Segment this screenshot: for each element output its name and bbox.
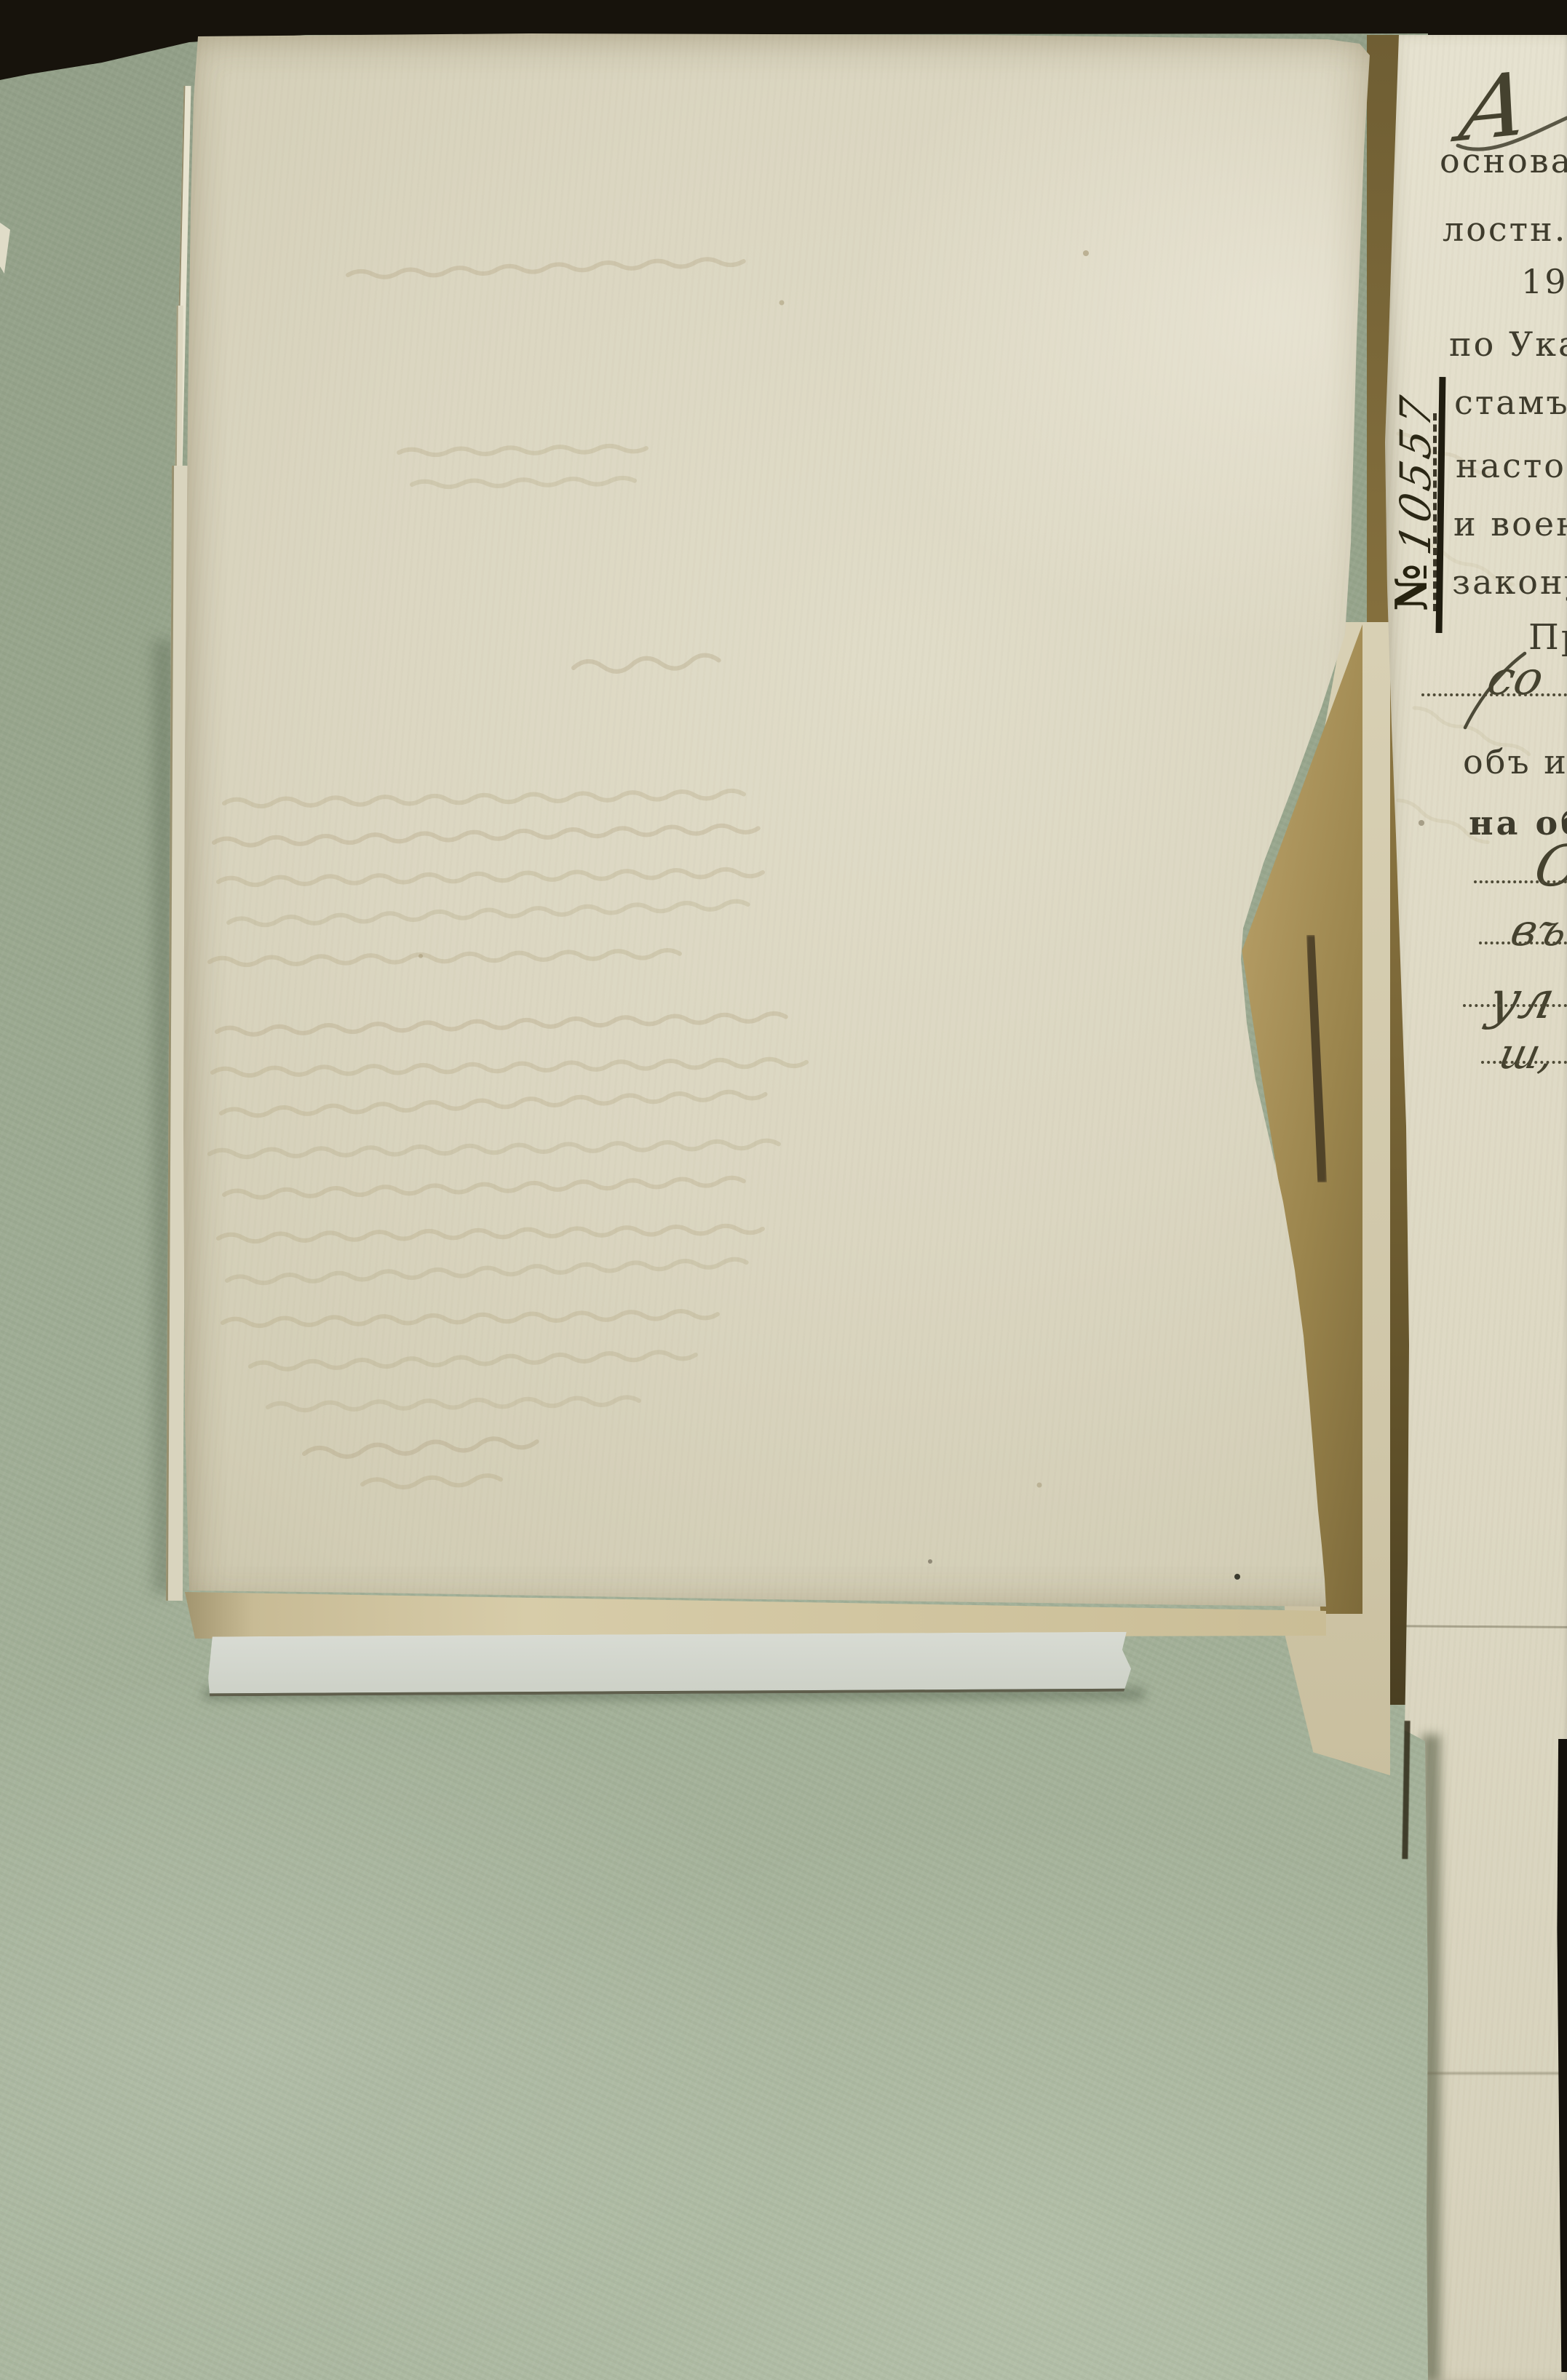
form-line: закону (1452, 562, 1567, 602)
form-line: основаніи (1440, 141, 1567, 180)
form-line: стамъ и (1454, 383, 1567, 422)
handwritten-entry: въ (1507, 905, 1567, 956)
dotted-rule (1479, 942, 1567, 944)
handwritten-entry: ул (1483, 969, 1560, 1030)
foxing-specks (418, 250, 1240, 1580)
case-number: 10557 (1397, 389, 1435, 558)
bleedthrough-handwriting (180, 33, 1378, 1612)
numero-sign: № (1392, 564, 1432, 611)
form-line: 1911 (1521, 262, 1567, 301)
paper-strip (208, 1632, 1137, 1697)
dotted-rule (1463, 1004, 1567, 1007)
form-line: настоящ (1456, 446, 1567, 485)
dotted-rule (1421, 693, 1567, 696)
dotted-rule (1481, 1061, 1567, 1064)
form-line: лостн. су (1443, 210, 1567, 249)
archival-scan: А основаніи лостн. су 1911 по Указу стам… (0, 0, 1567, 2380)
handwritten-signature: со (1483, 652, 1548, 706)
case-number-stamp: № 10557 (1389, 413, 1437, 611)
dotted-rule (1474, 880, 1567, 883)
handwritten-entry: ш, (1495, 1029, 1559, 1078)
form-line: и военни (1453, 504, 1567, 544)
form-line: объ исп (1463, 742, 1567, 781)
blank-page (180, 33, 1378, 1612)
form-line: по Указу (1449, 325, 1567, 364)
